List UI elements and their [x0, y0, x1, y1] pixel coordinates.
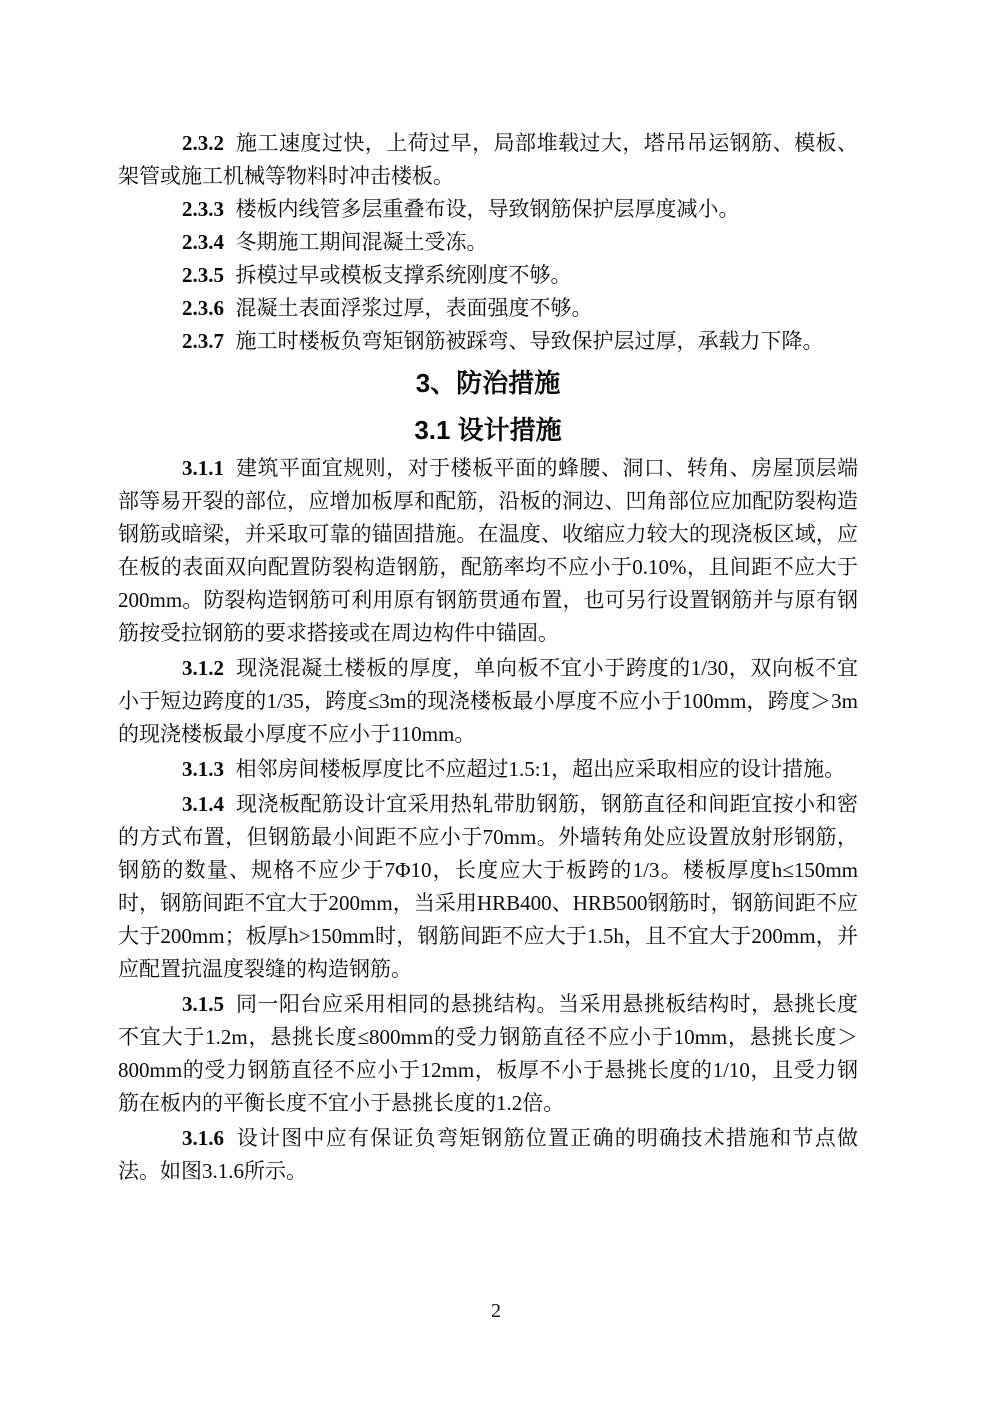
item-number-2-3-3: 2.3.3 — [182, 197, 224, 221]
item-text-2-3-6: 混凝土表面浮浆过厚，表面强度不够。 — [236, 296, 593, 320]
item-number-2-3-4: 2.3.4 — [182, 230, 224, 254]
item-text-2-3-5: 拆模过早或模板支撑系统刚度不够。 — [236, 263, 572, 287]
item-number-3-1-5: 3.1.5 — [182, 992, 224, 1016]
paragraph-2-3-2: 2.3.2施工速度过快，上荷过早，局部堆载过大，塔吊吊运钢筋、模板、架管或施工机… — [118, 127, 858, 193]
paragraph-3-1-5: 3.1.5同一阳台应采用相同的悬挑结构。当采用悬挑板结构时，悬挑长度不宜大于1.… — [118, 988, 858, 1120]
paragraph-3-1-3: 3.1.3相邻房间楼板厚度比不应超过1.5:1，超出应采取相应的设计措施。 — [118, 753, 858, 786]
item-number-3-1-2: 3.1.2 — [182, 656, 224, 680]
item-text-2-3-2: 施工速度过快，上荷过早，局部堆载过大，塔吊吊运钢筋、模板、架管或施工机械等物料时… — [118, 131, 858, 188]
paragraph-3-1-6: 3.1.6设计图中应有保证负弯矩钢筋位置正确的明确技术措施和节点做法。如图3.1… — [118, 1122, 858, 1188]
item-text-3-1-4: 现浇板配筋设计宜采用热轧带肋钢筋，钢筋直径和间距宜按小和密的方式布置，但钢筋最小… — [118, 792, 858, 981]
paragraph-2-3-7: 2.3.7施工时楼板负弯矩钢筋被踩弯、导致保护层过厚，承载力下降。 — [118, 325, 858, 358]
item-text-3-1-5: 同一阳台应采用相同的悬挑结构。当采用悬挑板结构时，悬挑长度不宜大于1.2m，悬挑… — [118, 992, 858, 1115]
paragraph-3-1-1: 3.1.1建筑平面宜规则，对于楼板平面的蜂腰、洞口、转角、房屋顶层端部等易开裂的… — [118, 452, 858, 650]
item-number-2-3-7: 2.3.7 — [182, 329, 224, 353]
item-text-2-3-4: 冬期施工期间混凝土受冻。 — [236, 230, 488, 254]
paragraph-3-1-4: 3.1.4现浇板配筋设计宜采用热轧带肋钢筋，钢筋直径和间距宜按小和密的方式布置，… — [118, 788, 858, 986]
item-text-2-3-3: 楼板内线管多层重叠布设，导致钢筋保护层厚度减小。 — [236, 197, 740, 221]
document-body: 2.3.2施工速度过快，上荷过早，局部堆载过大，塔吊吊运钢筋、模板、架管或施工机… — [118, 127, 858, 1190]
subsection-heading-design-measures: 3.1 设计措施 — [118, 410, 858, 450]
paragraph-2-3-3: 2.3.3楼板内线管多层重叠布设，导致钢筋保护层厚度减小。 — [118, 193, 858, 226]
item-number-3-1-4: 3.1.4 — [182, 792, 224, 816]
item-number-2-3-6: 2.3.6 — [182, 296, 224, 320]
item-number-2-3-5: 2.3.5 — [182, 263, 224, 287]
section-heading-prevention-measures: 3、防治措施 — [118, 363, 858, 403]
paragraph-2-3-4: 2.3.4冬期施工期间混凝土受冻。 — [118, 226, 858, 259]
item-text-3-1-1: 建筑平面宜规则，对于楼板平面的蜂腰、洞口、转角、房屋顶层端部等易开裂的部位，应增… — [118, 456, 858, 645]
item-text-3-1-6: 设计图中应有保证负弯矩钢筋位置正确的明确技术措施和节点做法。如图3.1.6所示。 — [118, 1126, 858, 1183]
item-text-3-1-2: 现浇混凝土楼板的厚度，单向板不宜小于跨度的1/30，双向板不宜小于短边跨度的1/… — [118, 656, 858, 746]
paragraph-3-1-2: 3.1.2现浇混凝土楼板的厚度，单向板不宜小于跨度的1/30，双向板不宜小于短边… — [118, 652, 858, 751]
item-number-3-1-1: 3.1.1 — [182, 456, 224, 480]
item-text-2-3-7: 施工时楼板负弯矩钢筋被踩弯、导致保护层过厚，承载力下降。 — [236, 329, 824, 353]
item-number-3-1-3: 3.1.3 — [182, 757, 224, 781]
paragraph-2-3-5: 2.3.5拆模过早或模板支撑系统刚度不够。 — [118, 259, 858, 292]
paragraph-2-3-6: 2.3.6混凝土表面浮浆过厚，表面强度不够。 — [118, 292, 858, 325]
page-number: 2 — [0, 1296, 992, 1326]
item-number-2-3-2: 2.3.2 — [182, 131, 224, 155]
item-text-3-1-3: 相邻房间楼板厚度比不应超过1.5:1，超出应采取相应的设计措施。 — [236, 757, 846, 781]
item-number-3-1-6: 3.1.6 — [182, 1126, 224, 1150]
document-page: 2.3.2施工速度过快，上荷过早，局部堆载过大，塔吊吊运钢筋、模板、架管或施工机… — [0, 0, 992, 1403]
